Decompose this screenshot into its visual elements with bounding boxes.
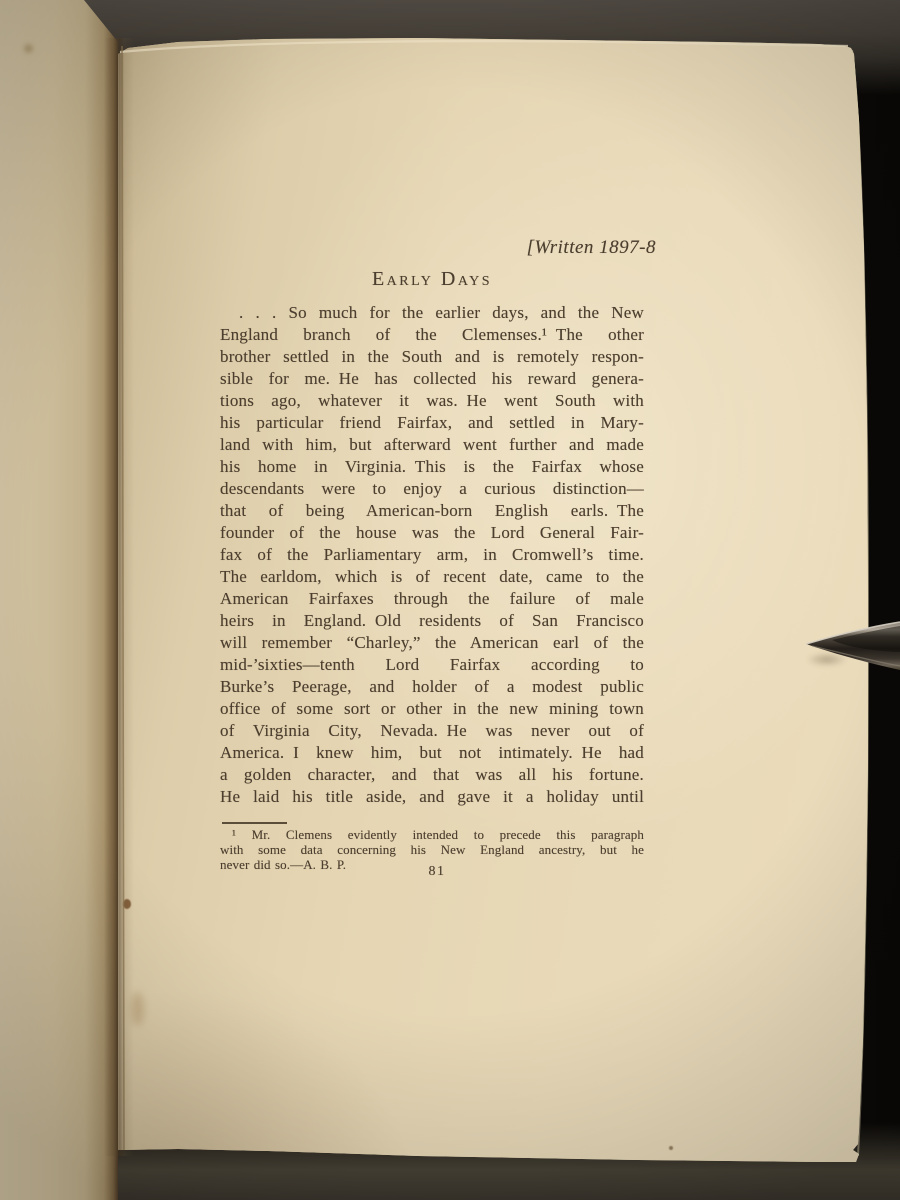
- body-line: heirs in England. Old residents of San F…: [220, 610, 644, 632]
- chapter-title: Early Days: [220, 268, 644, 291]
- book-gutter: [104, 38, 134, 1156]
- body-line: . . . So much for the earlier days, and …: [220, 302, 644, 324]
- body-line: land with him, but afterward went furthe…: [220, 434, 644, 456]
- body-line: that of being American-born English earl…: [220, 500, 644, 522]
- footnote-line: with some data concerning his New Englan…: [220, 842, 644, 857]
- body-line: America. I knew him, but not intimately.…: [220, 742, 644, 764]
- left-page: [0, 0, 118, 1200]
- body-line: descendants were to enjoy a curious dist…: [220, 478, 644, 500]
- body-line: He laid his title aside, and gave it a h…: [220, 786, 644, 808]
- body-line: founder of the house was the Lord Genera…: [220, 522, 644, 544]
- body-line: sible for me. He has collected his rewar…: [220, 368, 644, 390]
- body-line: his home in Virginia. This is the Fairfa…: [220, 456, 644, 478]
- pen-nib: [802, 610, 900, 680]
- body-line: American Fairfaxes through the failure o…: [220, 588, 644, 610]
- body-line: of Virginia City, Nevada. He was never o…: [220, 720, 644, 742]
- body-line: his particular friend Fairfax, and settl…: [220, 412, 644, 434]
- body-line: tions ago, whatever it was. He went Sout…: [220, 390, 644, 412]
- page-number: 81: [220, 864, 654, 880]
- page-content: [Written 1897-8 Early Days . . . So much…: [220, 0, 644, 1200]
- body-line: will remember “Charley,” the American ea…: [220, 632, 644, 654]
- body-text: . . . So much for the earlier days, and …: [220, 302, 644, 808]
- book-photo: [Written 1897-8 Early Days . . . So much…: [0, 0, 900, 1200]
- body-line: England branch of the Clemenses.¹ The ot…: [220, 324, 644, 346]
- footnote-rule: [222, 822, 287, 824]
- footnote-line: ¹ Mr. Clemens evidently intended to prec…: [220, 827, 644, 842]
- body-line: mid-’sixties—tenth Lord Fairfax accordin…: [220, 654, 644, 676]
- written-date-note: [Written 1897-8: [220, 237, 656, 259]
- body-line: a golden character, and that was all his…: [220, 764, 644, 786]
- body-line: brother settled in the South and is remo…: [220, 346, 644, 368]
- body-line: Burke’s Peerage, and holder of a modest …: [220, 676, 644, 698]
- body-line: office of some sort or other in the new …: [220, 698, 644, 720]
- body-line: fax of the Parliamentary arm, in Cromwel…: [220, 544, 644, 566]
- body-line: The earldom, which is of recent date, ca…: [220, 566, 644, 588]
